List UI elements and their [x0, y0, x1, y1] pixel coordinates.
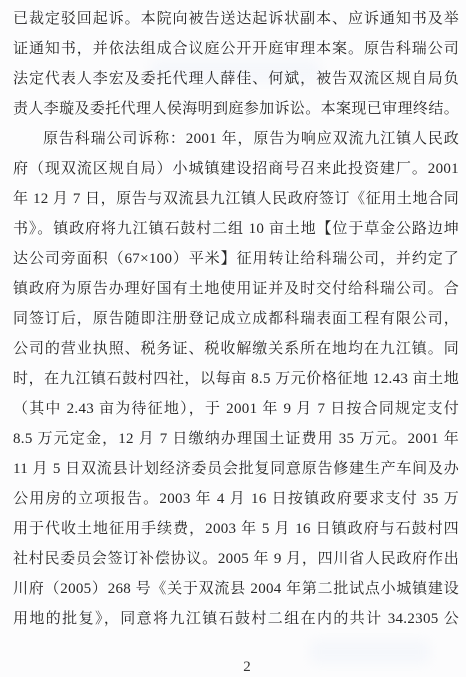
text-line: 用于代收土地征用手续费，2003 年 5 月 16 日镇政府与石鼓村四 — [13, 514, 459, 544]
text-line: 达公司旁面积（67×100）平米】征用转让给科瑞公司，并约定了 — [13, 244, 459, 274]
document-body: 已裁定驳回起诉。本院向被告送达起诉状副本、应诉通知书及举 证通知书，并依法组成合… — [13, 4, 459, 634]
text-line: 社村民委员会签订补偿协议。2005 年 9 月，四川省人民政府作出 — [13, 544, 459, 574]
text-line: 已裁定驳回起诉。本院向被告送达起诉状副本、应诉通知书及举 — [13, 4, 459, 34]
document-page: 已裁定驳回起诉。本院向被告送达起诉状副本、应诉通知书及举 证通知书，并依法组成合… — [0, 0, 466, 677]
text-line: 书》。镇政府将九江镇石鼓村二组 10 亩土地【位于草金公路边坤 — [13, 214, 459, 244]
text-line: 法定代表人李宏及委托代理人薛佳、何斌，被告双流区规自局负 — [13, 64, 459, 94]
scan-ghost-artifact — [310, 640, 430, 664]
text-line: 公用房的立项报告。2003 年 4 月 16 日按镇政府要求支付 35 万元， — [13, 484, 459, 514]
text-line: 镇政府为原告办理好国有土地使用证并及时交付给科瑞公司。合 — [13, 274, 459, 304]
text-line: 公司的营业执照、税务证、税收解缴关系所在地均在九江镇。同 — [13, 334, 459, 364]
text-line: 责人李璇及委托代理人侯海明到庭参加诉讼。本案现已审理终结。 — [13, 94, 459, 124]
text-line: 用地的批复》，同意将九江镇石鼓村二组在内的共计 34.2305 公 — [13, 604, 459, 634]
text-line: 同签订后，原告随即注册登记成立成都科瑞表面工程有限公司， — [13, 304, 459, 334]
text-line: 8.5 万元定金，12 月 7 日缴纳办理国土证费用 35 万元。2001 年 — [13, 424, 459, 454]
text-line: 川府（2005）268 号《关于双流县 2004 年第二批试点小城镇建设 — [13, 574, 459, 604]
text-line: （其中 2.43 亩为待征地），于 2001 年 9 月 7 日按合同规定支付 — [13, 394, 459, 424]
page-number: 2 — [240, 658, 254, 676]
text-line: 证通知书，并依法组成合议庭公开开庭审理本案。原告科瑞公司 — [13, 34, 459, 64]
text-line: 时，在九江镇石鼓村四社，以每亩 8.5 万元价格征地 12.43 亩土地 — [13, 364, 459, 394]
paragraph-plaintiff-claims: 原告科瑞公司诉称：2001 年，原告为响应双流九江镇人民政 府（现双流区规自局）… — [13, 124, 459, 634]
paragraph-court-procedure: 已裁定驳回起诉。本院向被告送达起诉状副本、应诉通知书及举 证通知书，并依法组成合… — [13, 4, 459, 124]
text-line: 年 12 月 7 日，原告与双流县九江镇人民政府签订《征用土地合同 — [13, 184, 459, 214]
text-line: 11 月 5 日双流县计划经济委员会批复同意原告修建生产车间及办 — [13, 454, 459, 484]
text-line: 原告科瑞公司诉称：2001 年，原告为响应双流九江镇人民政 — [13, 124, 459, 154]
text-line: 府（现双流区规自局）小城镇建设招商号召来此投资建厂。2001 — [13, 154, 459, 184]
